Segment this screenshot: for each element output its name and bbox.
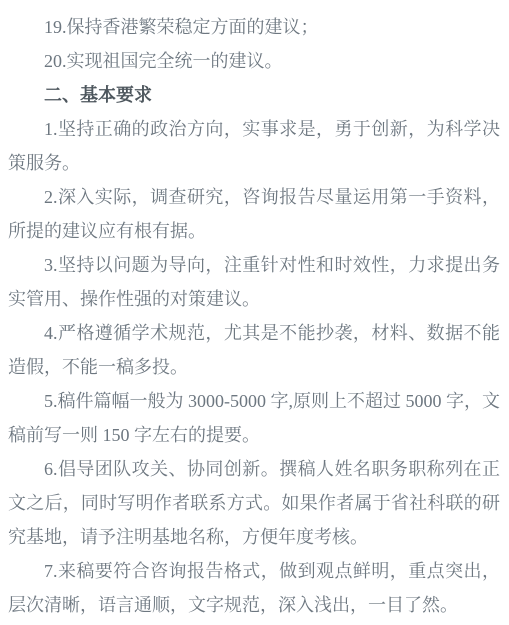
paragraph: 7.来稿要符合咨询报告格式，做到观点鲜明，重点突出，层次清晰，语言通顺，文字规范… xyxy=(8,554,500,622)
document-body: 19.保持香港繁荣稳定方面的建议；20.实现祖国完全统一的建议。二、基本要求1.… xyxy=(8,10,500,622)
paragraph: 3.坚持以问题为导向，注重针对性和时效性，力求提出务实管用、操作性强的对策建议。 xyxy=(8,248,500,316)
paragraph: 1.坚持正确的政治方向，实事求是，勇于创新，为科学决策服务。 xyxy=(8,112,500,180)
paragraph: 5.稿件篇幅一般为 3000-5000 字,原则上不超过 5000 字，文稿前写… xyxy=(8,384,500,452)
paragraph: 20.实现祖国完全统一的建议。 xyxy=(8,44,500,78)
paragraph: 4.严格遵循学术规范，尤其是不能抄袭，材料、数据不能造假，不能一稿多投。 xyxy=(8,316,500,384)
paragraph: 6.倡导团队攻关、协同创新。撰稿人姓名职务职称列在正文之后，同时写明作者联系方式… xyxy=(8,452,500,554)
document-page: 19.保持香港繁荣稳定方面的建议；20.实现祖国完全统一的建议。二、基本要求1.… xyxy=(0,0,509,625)
paragraph: 2.深入实际，调查研究，咨询报告尽量运用第一手资料，所提的建议应有根有据。 xyxy=(8,180,500,248)
paragraph: 19.保持香港繁荣稳定方面的建议； xyxy=(8,10,500,44)
section-heading: 二、基本要求 xyxy=(8,78,500,112)
